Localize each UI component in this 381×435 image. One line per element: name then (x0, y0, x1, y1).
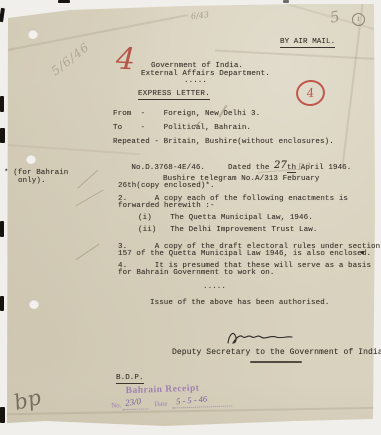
margin-note-line-2: only). (18, 177, 46, 186)
authorisation-line: Issue of the above has been authorised. (150, 299, 329, 308)
pencil-p3-note: P 3 (298, 161, 312, 171)
to-line: To - Political, Bahrain. (113, 124, 251, 133)
bahrain-receipt-stamp: Bahrain Receipt No. 23/0 Date 5 - 5 - 46 (108, 381, 269, 417)
signatory-title: Deputy Secretary to the Government of In… (172, 348, 381, 357)
stamp-dotted-rule (122, 407, 148, 410)
letter-type-title: EXPRESS LETTER. (138, 90, 210, 100)
paragraph-4-line-2: for Bahrain Government to work on. (118, 269, 274, 278)
pencil-check-to: ✓ (192, 117, 203, 131)
stamp-date-value: 5 - 5 - 46 (176, 394, 208, 407)
pencil-fraction-note: 6/43 (191, 10, 210, 21)
from-line: From - Foreign, New Delhi 3. (113, 110, 260, 119)
paragraph-3-line-2: 157 of the Quetta Municipal Law 1946, is… (118, 250, 371, 259)
initials-bdp: B.D.P. (116, 374, 144, 384)
stamp-no-label: No. (111, 401, 122, 409)
punch-hole (28, 29, 38, 39)
scan-artifact-mark (283, 0, 289, 3)
punch-hole (29, 299, 39, 309)
scanned-letter-page: 6/43 5 1 5/6/46 4 BY AIR MAIL. Governmen… (0, 0, 381, 435)
signature-mark (226, 329, 294, 347)
paragraph-2-line-2: forwarded herewith :- (118, 202, 215, 211)
scan-artifact-mark (0, 296, 4, 311)
scan-artifact-mark (0, 407, 5, 423)
punch-hole (26, 154, 36, 164)
enclosure-item-2: (ii) The Delhi Improvement Trust Law. (138, 226, 317, 235)
scan-artifact-mark (58, 0, 70, 3)
scan-artifact-mark (0, 8, 5, 22)
ink-speck (361, 251, 364, 254)
air-mail-label: BY AIR MAIL. (280, 38, 335, 48)
scan-artifact-mark (0, 96, 4, 112)
closing-dots: ..... (203, 283, 226, 292)
red-number-mark: 4 (115, 42, 136, 78)
repeated-line: Repeated - Britain, Bushire(without encl… (113, 138, 334, 147)
circled-digit-value: 1 (356, 16, 361, 23)
stamp-no-value: 23/0 (125, 396, 142, 408)
scan-artifact-mark (0, 221, 4, 237)
stamp-date-label: Date (154, 400, 167, 408)
red-circled-number-value: 4 (306, 86, 316, 101)
title-underline (250, 361, 302, 363)
separator-dots: ..... (184, 77, 207, 86)
enclosure-item-1: (i) The Quetta Municipal Law, 1946. (138, 214, 313, 223)
paragraph-1-line-2: 26th(copy enclosed)*. (118, 182, 215, 191)
crease-line (215, 50, 381, 60)
scan-artifact-mark (0, 128, 5, 143)
reference-number: No.D.3768-4E/46. Dated the (131, 164, 274, 172)
